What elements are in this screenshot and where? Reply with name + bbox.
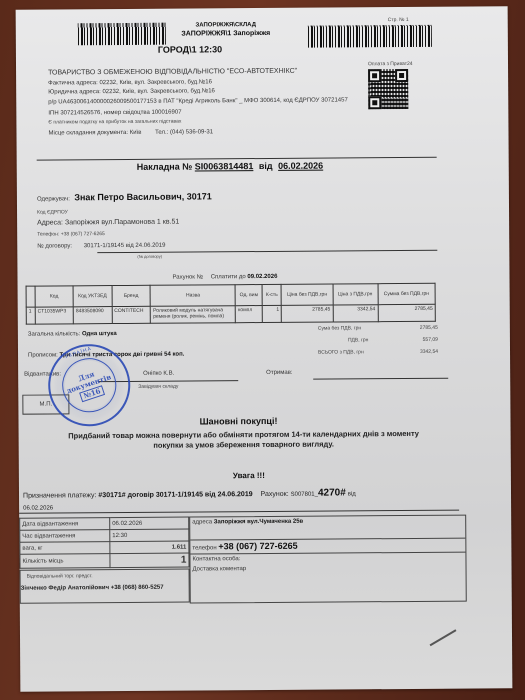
delivery-phone-label: телефон	[192, 545, 216, 551]
sum-no-vat-label: Сума без ПДВ, грн	[318, 325, 361, 331]
vat-label: ПДВ, грн	[348, 337, 369, 343]
column-header: Назва	[150, 285, 235, 307]
shipment-row: Кількість місць1	[20, 553, 189, 568]
issued-by-role: Завідувач складу	[138, 384, 178, 390]
invoice-title-prefix: Накладна №	[137, 161, 193, 171]
payment-purpose-label: Призначення платежу:	[23, 492, 96, 500]
shipment-label: Кількість місць	[20, 554, 110, 569]
recipient-address-label: Адреса:	[37, 219, 63, 226]
total-with-vat-label: ВСЬОГО з ПДВ, грн	[318, 349, 364, 355]
stamp-center: Для документів №16	[55, 351, 123, 419]
column-header: Сумма без ПДВ,грн	[378, 283, 436, 304]
barcode-icon-right	[308, 25, 432, 48]
contract-label: № договору:	[37, 243, 72, 249]
warehouse-line3: ГОРОД\1 12:30	[158, 44, 222, 54]
document-place: Місце складання документа: Київ	[48, 130, 141, 137]
table-cell: 2785,45	[282, 305, 333, 322]
shipment-label: Час відвантаження	[20, 530, 110, 543]
table-cell: 1	[26, 307, 35, 324]
invoice-date: 06.02.2026	[278, 161, 323, 171]
received-signature-line	[313, 378, 448, 380]
notice-attention: Увага !!!	[19, 470, 479, 482]
shipment-value: 12:30	[110, 529, 189, 542]
invoice-number: SI0063814481	[195, 161, 254, 171]
column-header: К-сть	[262, 284, 281, 305]
issued-by-name: Онiпко К.В.	[143, 371, 174, 377]
notice-greeting: Шановні покупці!	[18, 415, 458, 428]
qr-caption: Оплата з Приват24	[368, 61, 413, 67]
recipient-block: Одержувач: Знак Петро Васильович, 30171 …	[37, 186, 212, 249]
contract-caption: (№ договору)	[137, 254, 162, 259]
column-header: Код	[35, 286, 73, 307]
items-table: КодКод УКТЗЕДБрендНазваОд. вимК-стьЦіна …	[26, 283, 436, 325]
warehouse-line2: ЗАПОРІЖЖЯ\1 Запоріжжя	[166, 30, 286, 38]
delivery-box: адреса Запоріжжя вул.Чумаченка 25в телеф…	[189, 515, 467, 604]
mp-label: М.П.	[40, 401, 53, 407]
vat-value: 557,09	[423, 337, 438, 343]
contract-value: 30171-1/19145 від 24.06.2019	[84, 243, 166, 250]
column-header	[26, 286, 35, 307]
received-by-label: Отримав:	[266, 370, 292, 376]
warehouse-header: ЗАПОРІЖЖЯ\СКЛАД ЗАПОРІЖЖЯ\1 Запоріжжя	[166, 22, 286, 38]
sum-no-vat-value: 2785,45	[420, 325, 438, 331]
supplier-tax-id: ІПН 307214526576, номер свідоцтва 100016…	[48, 108, 368, 116]
delivery-phone-value: +38 (067) 727-6265	[218, 541, 297, 552]
total-quantity-label: Загальна кількість:	[28, 331, 80, 337]
qr-corner-icon	[395, 69, 408, 82]
column-header: Код УКТЗЕД	[73, 286, 112, 307]
payment-account-label: Рахунок:	[261, 491, 289, 498]
total-quantity: Загальна кількість: Одна штука	[28, 331, 117, 338]
payment-line: Рахунок № Сплатити до 09.02.2026	[172, 274, 277, 281]
table-cell: 2785,45	[378, 304, 436, 321]
recipient-label: Одержувач:	[37, 196, 70, 202]
qr-code-icon	[368, 69, 408, 109]
account-label: Рахунок №	[172, 274, 203, 280]
shipment-value: 1.611	[110, 541, 189, 554]
pay-by-date: 09.02.2026	[247, 274, 277, 280]
recipient-edrpou-label: Код ЄДРПОУ	[37, 208, 212, 215]
qr-corner-icon	[368, 96, 381, 109]
table-cell: 1	[262, 305, 281, 322]
recipient-name: Знак Петро Васильович, 30171	[74, 191, 212, 202]
shipment-value: 1	[110, 553, 189, 568]
divider	[37, 157, 437, 161]
table-cell: CONTITECH	[112, 306, 151, 323]
supplier-legal-address: Юридична адреса: 02232, Київ, вул. Закре…	[48, 87, 368, 95]
pay-by-label: Сплатити до	[211, 274, 246, 280]
supplier-actual-address: Фактична адреса: 02232, Київ, вул. Закре…	[48, 78, 368, 86]
table-cell: Роликовий модуль натягувача ременя (роли…	[151, 306, 236, 324]
recipient-phone: +38 (067) 727-6265	[61, 231, 105, 237]
total-with-vat-value: 3342,54	[420, 349, 438, 355]
supplier-name: ТОВАРИСТВО З ОБМЕЖЕНОЮ ВІДПОВІДАЛЬНІСТЮ …	[48, 67, 368, 76]
invoice-paper: ЗАПОРІЖЖЯ\СКЛАД ЗАПОРІЖЖЯ\1 Запоріжжя ГО…	[16, 6, 513, 691]
amount-in-words-label: Прописом:	[28, 352, 58, 358]
table-cell: CT1035WP3	[35, 307, 73, 324]
delivery-address: адреса Запоріжжя вул.Чумаченка 25в	[190, 516, 465, 541]
table-row: 1CT1035WP38483508090CONTITECHРоликовий м…	[26, 304, 435, 324]
recipient-phone-label: Телефон:	[37, 231, 59, 237]
delivery-address-value: Запоріжжя вул.Чумаченка 25в	[214, 519, 304, 526]
page-indicator: Стр. № 1	[388, 17, 409, 23]
responsible-rep-box: Відповідальний торг. предст. Зінченко Фе…	[20, 569, 190, 604]
invoice-title: Накладна № SI0063814481 від 06.02.2026	[137, 161, 324, 172]
page-label: Стр. №	[388, 17, 405, 23]
responsible-rep-label: Відповідальний торг. предст.	[27, 573, 189, 580]
table-cell: 8483508090	[73, 307, 112, 324]
supplier-tax-status: Є платником податку на прибуток на загал…	[48, 117, 368, 125]
payment-account-suffix: від	[348, 491, 356, 497]
responsible-rep-value: Зінченко Федір Анатолійович +38 (068) 86…	[21, 585, 189, 592]
supplier-bank-account: р/р UA463006140000026009500177153 в ПАТ …	[48, 97, 368, 106]
shipment-details-table: Дата відвантаження06.02.2026Час відванта…	[19, 517, 189, 569]
recipient-address: Запоріжжя вул.Парамонова 1 кв.51	[65, 219, 179, 227]
contract-underline	[97, 250, 437, 253]
barcode-icon-left	[78, 23, 166, 46]
qr-corner-icon	[368, 69, 381, 82]
delivery-address-label: адреса	[192, 519, 212, 525]
column-header: Од. вим	[235, 285, 262, 306]
payment-account-prefix: S007801_	[291, 492, 318, 498]
shipment-label: Дата відвантаження	[20, 518, 110, 531]
total-quantity-value: Одна штука	[82, 331, 117, 337]
column-header: Бренд	[112, 285, 151, 306]
shipment-value: 06.02.2026	[110, 517, 189, 530]
delivery-comment-label: Доставка коментар	[191, 563, 466, 575]
notice-text: Придбаний товар можна повернути або обмі…	[59, 429, 429, 452]
invoice-date-prefix: від	[259, 161, 273, 171]
totals-block: Сума без ПДВ, грн 2785,45 ПДВ, грн 557,0…	[318, 325, 438, 356]
warehouse-line1: ЗАПОРІЖЖЯ\СКЛАД	[166, 22, 286, 29]
supplier-phone: Тел.: (044) 536-09-31	[155, 129, 213, 135]
page-number: 1	[406, 17, 409, 23]
pen-mark-icon	[430, 629, 457, 646]
supplier-block: ТОВАРИСТВО З ОБМЕЖЕНОЮ ВІДПОВІДАЛЬНІСТЮ …	[48, 67, 368, 136]
payment-account-handwritten: 4270#	[318, 487, 346, 498]
items-table-header: КодКод УКТЗЕДБрендНазваОд. вимК-стьЦіна …	[26, 283, 435, 307]
column-header: Ціна з ПДВ,грн	[333, 284, 378, 305]
payment-account-date: 06.02.2026	[23, 505, 53, 511]
payment-purpose-value: #30171# договір 30171-1/19145 від 24.06.…	[98, 491, 252, 499]
table-cell: 3342,54	[333, 305, 378, 322]
column-header: Ціна без ПДВ,грн	[281, 284, 332, 305]
shipment-label: вага, кг	[20, 542, 110, 555]
table-cell: компл	[236, 306, 263, 323]
